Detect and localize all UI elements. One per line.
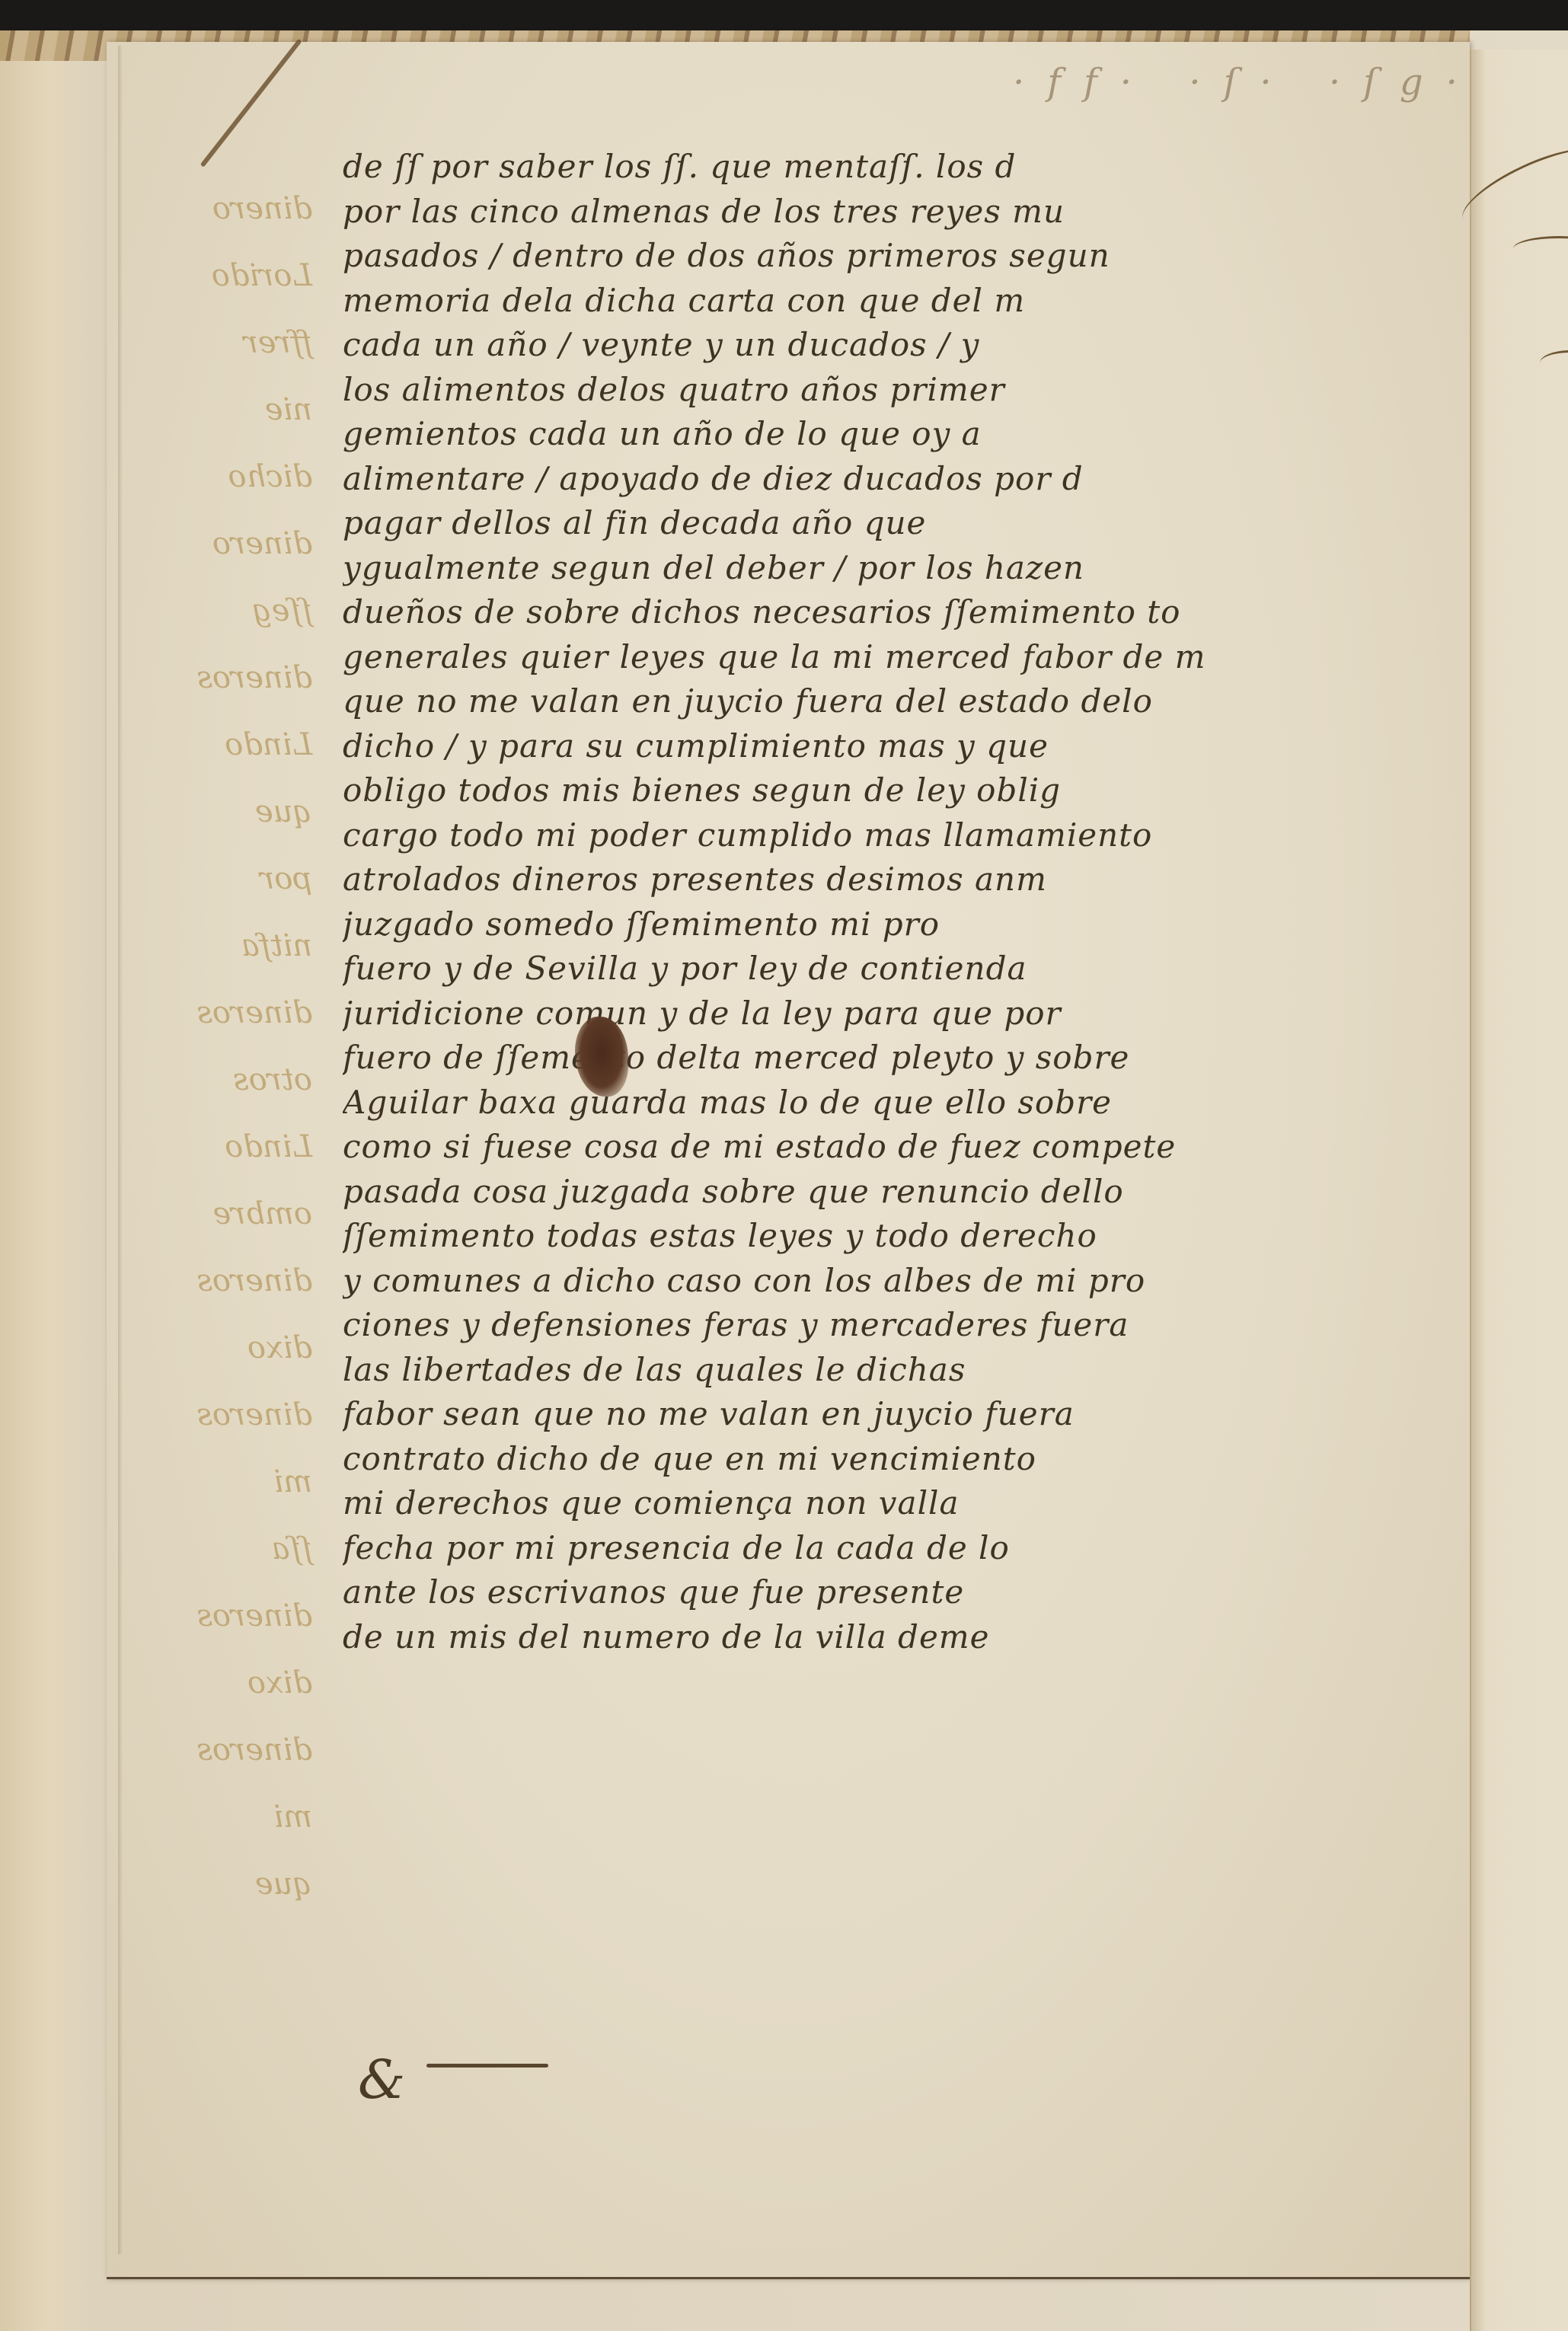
bleed-through-margin: dinero Lorido ffrer nie dicho dinero ſſe… xyxy=(137,175,312,1917)
adjacent-folio-edge xyxy=(1470,49,1568,2331)
text-line: contrato dicho de que en mi vencimiento xyxy=(343,1437,1477,1482)
text-line: cargo todo mi poder cumplido mas llamami… xyxy=(343,813,1477,858)
bleed-word: que xyxy=(137,778,312,845)
closing-rule xyxy=(426,2064,548,2068)
bleed-word: nie xyxy=(137,376,312,443)
text-line: ſſemimento todas estas leyes y todo dere… xyxy=(343,1214,1477,1259)
text-line: y comunes a dicho caso con los albes de … xyxy=(343,1259,1477,1304)
bleed-word: dineros xyxy=(137,1716,312,1783)
page-fold xyxy=(118,46,123,2254)
text-line: que no me valan en juycio fuera del esta… xyxy=(343,679,1477,724)
text-line: como si fuese cosa de mi estado de fuez … xyxy=(343,1125,1477,1170)
text-line: Aguilar baxa guarda mas lo de que ello s… xyxy=(343,1081,1477,1126)
text-line: fecha por mi presencia de la cada de lo xyxy=(343,1526,1477,1571)
text-line: los alimentos delos quatro años primer xyxy=(343,368,1477,413)
bleed-word: por xyxy=(137,845,312,912)
bleed-word: mi xyxy=(137,1783,312,1850)
bleed-word: dineros xyxy=(137,1381,312,1448)
bleed-word: ffrer xyxy=(137,309,312,376)
text-line: dueños de sobre dichos necesarios ſſemim… xyxy=(343,590,1477,635)
text-line: las libertades de las quales le dichas xyxy=(343,1348,1477,1393)
bleed-word: dineros xyxy=(137,644,312,711)
flourish-stroke xyxy=(1513,236,1568,261)
top-annotations: ·ff· ·ſ· ·ſg· xyxy=(1013,61,1480,104)
text-line: alimentare / apoyado de diez ducados por… xyxy=(343,457,1477,502)
text-line: juzgado somedo ſſemimento mi pro xyxy=(343,902,1477,947)
bleed-word: nitfa xyxy=(137,912,312,979)
text-line: dicho / y para su cumplimiento mas y que xyxy=(343,724,1477,769)
bleed-word: dicho xyxy=(137,443,312,510)
bleed-word: Lorido xyxy=(137,242,312,309)
text-line: mi derechos que comiença non valla xyxy=(343,1481,1477,1526)
text-line: fuero de ſſemento delta merced pleyto y … xyxy=(343,1036,1477,1081)
text-line: por las cinco almenas de los tres reyes … xyxy=(343,190,1477,235)
text-line: pagar dellos al fin decada año que xyxy=(343,501,1477,546)
text-line: pasada cosa juzgada sobre que renuncio d… xyxy=(343,1170,1477,1215)
bleed-word: dixo xyxy=(137,1314,312,1381)
bleed-word: dinero xyxy=(137,175,312,242)
bleed-word: que xyxy=(137,1850,312,1917)
closing-flourish: & xyxy=(358,2048,405,2111)
bleed-word: dixo xyxy=(137,1649,312,1716)
bleed-word: dineros xyxy=(137,979,312,1046)
text-line: fuero y de Sevilla y por ley de contiend… xyxy=(343,947,1477,991)
text-line: generales quier leyes que la mi merced f… xyxy=(343,635,1477,680)
bleed-word: otros xyxy=(137,1046,312,1113)
text-line: de ſſ por saber los ſſ. que mentaſſ. los… xyxy=(343,145,1477,190)
bleed-word: Lindo xyxy=(137,1113,312,1180)
manuscript-text: de ſſ por saber los ſſ. que mentaſſ. los… xyxy=(343,145,1477,1659)
bleed-word: dineros xyxy=(137,1247,312,1314)
bleed-word: dinero xyxy=(137,510,312,577)
flourish-stroke xyxy=(1540,350,1568,375)
text-line: ciones y defensiones feras y mercaderes … xyxy=(343,1303,1477,1348)
bleed-word: ombre xyxy=(137,1180,312,1247)
bleed-word: dineros xyxy=(137,1582,312,1649)
text-line: de un mis del numero de la villa deme xyxy=(343,1615,1477,1660)
text-line: gemientos cada un año de lo que oy a xyxy=(343,412,1477,457)
text-line: cada un año / veynte y un ducados / y xyxy=(343,323,1477,368)
text-line: obligo todos mis bienes segun de ley obl… xyxy=(343,768,1477,813)
bleed-word: mi xyxy=(137,1448,312,1515)
text-line: ygualmente segun del deber / por los haz… xyxy=(343,546,1477,591)
text-line: pasados / dentro de dos años primeros se… xyxy=(343,234,1477,279)
text-line: fabor sean que no me valan en juycio fue… xyxy=(343,1392,1477,1437)
bleed-word: ſſeg xyxy=(137,577,312,644)
text-line: juridicione comun y de la ley para que p… xyxy=(343,991,1477,1036)
bleed-word: Lindo xyxy=(137,711,312,778)
bleed-word: ſſa xyxy=(137,1515,312,1582)
text-line: memoria dela dicha carta con que del m xyxy=(343,279,1477,324)
text-line: ante los escrivanos que fue presente xyxy=(343,1570,1477,1615)
text-line: atrolados dineros presentes desimos anm xyxy=(343,857,1477,902)
